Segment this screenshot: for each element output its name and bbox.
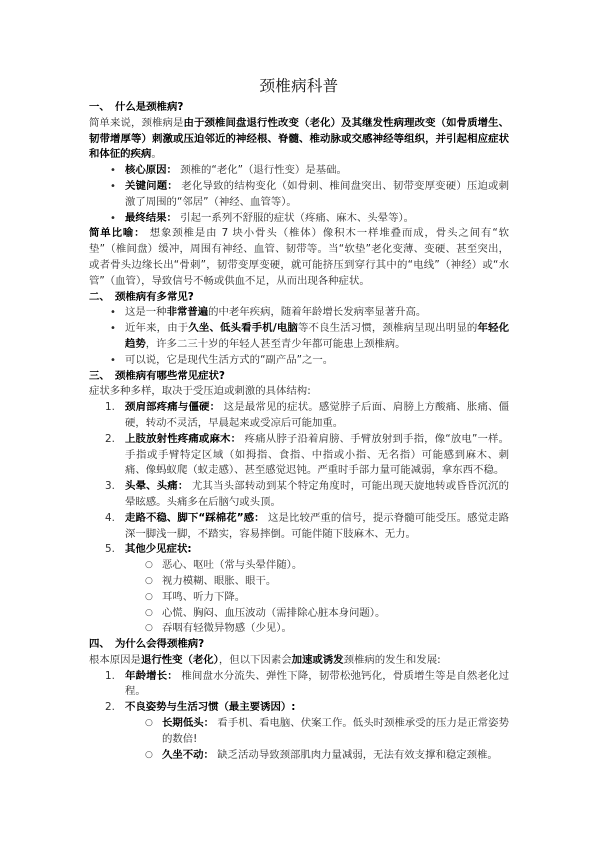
- list-item: •这是一种非常普遍的中老年疾病，随着年龄增长发病率显著升高。: [89, 305, 509, 321]
- bullet-icon: •: [110, 305, 116, 321]
- section-heading-1: 一、什么是颈椎病?: [89, 100, 509, 116]
- section-heading-2: 二、颈椎病有多常见?: [89, 290, 509, 306]
- section-heading-4: 四、为什么会得颈椎病?: [89, 637, 509, 653]
- sub-list-item: ○心慌、胸闷、血压波动（需排除心脏本身问题）。: [89, 606, 509, 622]
- list-item: •最终结果： 引起一系列不舒服的症状（疼痛、麻木、头晕等）。: [89, 211, 509, 227]
- sub-list-item: ○耳鸣、听力下降。: [89, 590, 509, 606]
- sub-list-item: ○长期低头： 看手机、看电脑、伏案工作。低头时颈椎承受的压力是正常姿势的数倍!: [89, 716, 509, 748]
- list-item: •可以说，它是现代生活方式的“副产品”之一。: [89, 353, 509, 369]
- list-item: •核心原因： 颈椎的“老化”（退行性变）是基础。: [89, 163, 509, 179]
- sub-list-item: ○久坐不动： 缺乏活动导致颈部肌肉力量减弱，无法有效支撑和稳定颈椎。: [89, 748, 509, 764]
- list-item: 1.年龄增长： 椎间盘水分流失、弹性下降，韧带松弛钙化，骨质增生等是自然老化过程…: [89, 669, 509, 701]
- bullet-icon: •: [110, 211, 116, 227]
- list-item: 2.上肢放射性疼痛或麻木： 疼痛从脖子沿着肩膀、手臂放射到手指，像“放电”一样。…: [89, 432, 509, 479]
- section-3-intro: 症状多种多样，取决于受压迫或刺激的具体结构:: [89, 384, 509, 400]
- circle-bullet-icon: ○: [145, 606, 153, 622]
- sub-list-item: ○吞咽有轻微异物感（少见）。: [89, 621, 509, 637]
- document-body: 一、什么是颈椎病? 简单来说，颈椎病是由于颈椎间盘退行性改变（老化）及其继发性病…: [89, 100, 509, 763]
- circle-bullet-icon: ○: [145, 574, 153, 590]
- bullet-icon: •: [110, 353, 116, 369]
- list-item: •关键问题： 老化导致的结构变化（如骨刺、椎间盘突出、韧带变厚变硬）压迫或刺激了…: [89, 179, 509, 211]
- list-item: 1.颈肩部疼痛与僵硬： 这是最常见的症状。感觉脖子后面、肩膀上方酸痛、胀痛、僵硬…: [89, 400, 509, 432]
- list-item: 3.头晕、头痛： 尤其当头部转动到某个特定角度时，可能出现天旋地转或昏昏沉沉的晕…: [89, 479, 509, 511]
- bullet-icon: •: [110, 179, 116, 195]
- list-item: 4.走路不稳、脚下“踩棉花”感： 这是比较严重的信号，提示脊髓可能受压。感觉走路…: [89, 511, 509, 543]
- page-title: 颈椎病科普: [89, 75, 509, 97]
- list-item: 2.不良姿势与生活习惯（最主要诱因）:: [89, 700, 509, 716]
- bullet-icon: •: [110, 321, 116, 337]
- list-item: 5.其他少见症状:: [89, 542, 509, 558]
- section-4-intro: 根本原因是退行性变（老化），但以下因素会加速或诱发颈椎病的发生和发展:: [89, 653, 509, 669]
- list-item: •近年来，由于久坐、低头看手机/电脑等不良生活习惯，颈椎病呈现出明显的年轻化趋势…: [89, 321, 509, 353]
- circle-bullet-icon: ○: [145, 716, 153, 732]
- circle-bullet-icon: ○: [145, 748, 153, 764]
- circle-bullet-icon: ○: [145, 558, 153, 574]
- section-heading-3: 三、颈椎病有哪些常见症状?: [89, 369, 509, 385]
- analogy-paragraph: 简单比喻： 想象颈椎是由 7 块小骨头（椎体）像积木一样堆叠而成，骨头之间有“软…: [89, 226, 509, 289]
- sub-list-item: ○视力模糊、眼胀、眼干。: [89, 574, 509, 590]
- circle-bullet-icon: ○: [145, 621, 153, 637]
- section-1-intro: 简单来说，颈椎病是由于颈椎间盘退行性改变（老化）及其继发性病理改变（如骨质增生、…: [89, 116, 509, 163]
- bullet-icon: •: [110, 163, 116, 179]
- sub-list-item: ○恶心、呕吐（常与头晕伴随）。: [89, 558, 509, 574]
- circle-bullet-icon: ○: [145, 590, 153, 606]
